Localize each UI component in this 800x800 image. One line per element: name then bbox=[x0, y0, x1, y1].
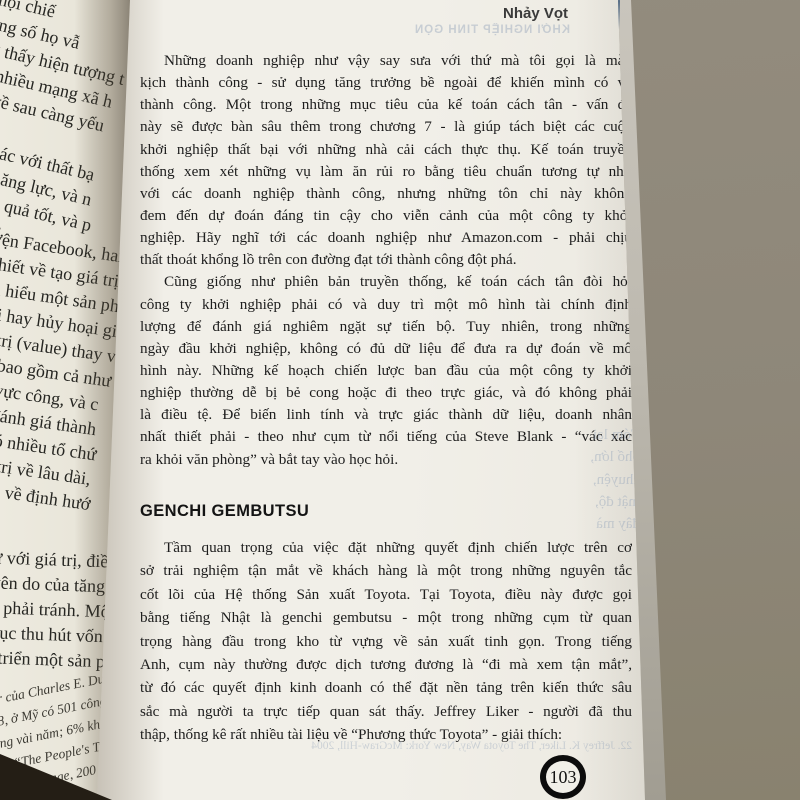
body-paragraph-1: Những doanh nghiệp như vậy say sưa với t… bbox=[140, 50, 632, 271]
section-heading: GENCHI GEMBUTSU bbox=[140, 502, 309, 521]
bleedthrough-margin-text: Tóm lạiphố lớn,chuyện,mật độ,đây mà bbox=[548, 424, 640, 535]
page-number: 103 bbox=[550, 767, 577, 788]
page-number-badge: 103 bbox=[540, 755, 586, 799]
body-text-block: Những doanh nghiệp như vậy say sưa với t… bbox=[140, 50, 632, 471]
bleedthrough-footnote-text: 22. Jeffrey K. Liker, The Toyota Way, Ne… bbox=[140, 740, 632, 755]
book-photo: ơ hội chiếtrong số họ vẫùng thấy hiện tư… bbox=[0, 0, 800, 800]
running-header: Nhảy Vọt bbox=[478, 5, 593, 22]
body-paragraph-3: Tầm quan trọng của việc đặt những quyết … bbox=[140, 536, 632, 747]
bleedthrough-title-text: KHỞI NGHIỆP TINH GỌN bbox=[392, 24, 570, 36]
